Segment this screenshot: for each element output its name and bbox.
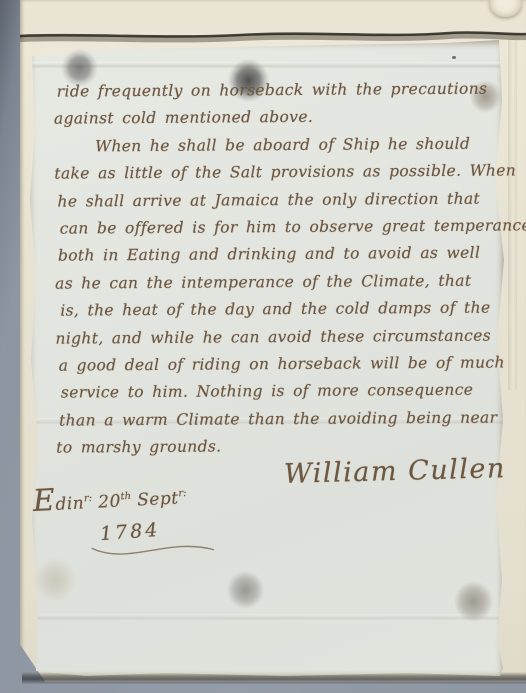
signature: William Cullen bbox=[284, 453, 507, 490]
letter-line: take as little of the Salt provisions as… bbox=[54, 158, 509, 189]
paper-fold-line bbox=[26, 614, 505, 620]
dateline-day: 20 bbox=[92, 491, 122, 512]
letter-line: as he can the intemperance of the Climat… bbox=[55, 267, 510, 298]
letter-scan-page: ride frequently on horseback with the pr… bbox=[0, 0, 526, 693]
letter-line: a good deal of riding on horseback will … bbox=[59, 349, 511, 380]
letter-line: ride frequently on horseback with the pr… bbox=[57, 75, 509, 106]
dateline-place: Edin bbox=[33, 493, 85, 516]
ink-blot bbox=[227, 571, 264, 609]
letter-line: When he shall be aboard of Ship he shoul… bbox=[59, 130, 509, 161]
letter-line: than a warm Climate than the avoiding be… bbox=[59, 404, 511, 435]
letter-line: both in Eating and drinking and to avoid… bbox=[58, 240, 510, 271]
letter-line: can be offered is for him to observe gre… bbox=[60, 212, 510, 243]
letter-line: against cold mentioned above. bbox=[54, 103, 509, 134]
letter-line: is, the heat of the day and the cold dam… bbox=[60, 295, 510, 326]
ink-speck bbox=[452, 56, 456, 59]
ink-stain bbox=[34, 558, 76, 602]
letter-line: night, and while he can avoid these circ… bbox=[55, 322, 510, 353]
letter-line: service to him. Nothing is of more conse… bbox=[61, 377, 511, 408]
dateline-month: Sept bbox=[131, 488, 179, 510]
dateline-month-superscript: r: bbox=[178, 488, 187, 499]
letter-body: ride frequently on horseback with the pr… bbox=[57, 75, 512, 462]
letter-line: he shall arrive at Jamaica the only dire… bbox=[57, 185, 509, 216]
ink-blot bbox=[454, 581, 493, 622]
